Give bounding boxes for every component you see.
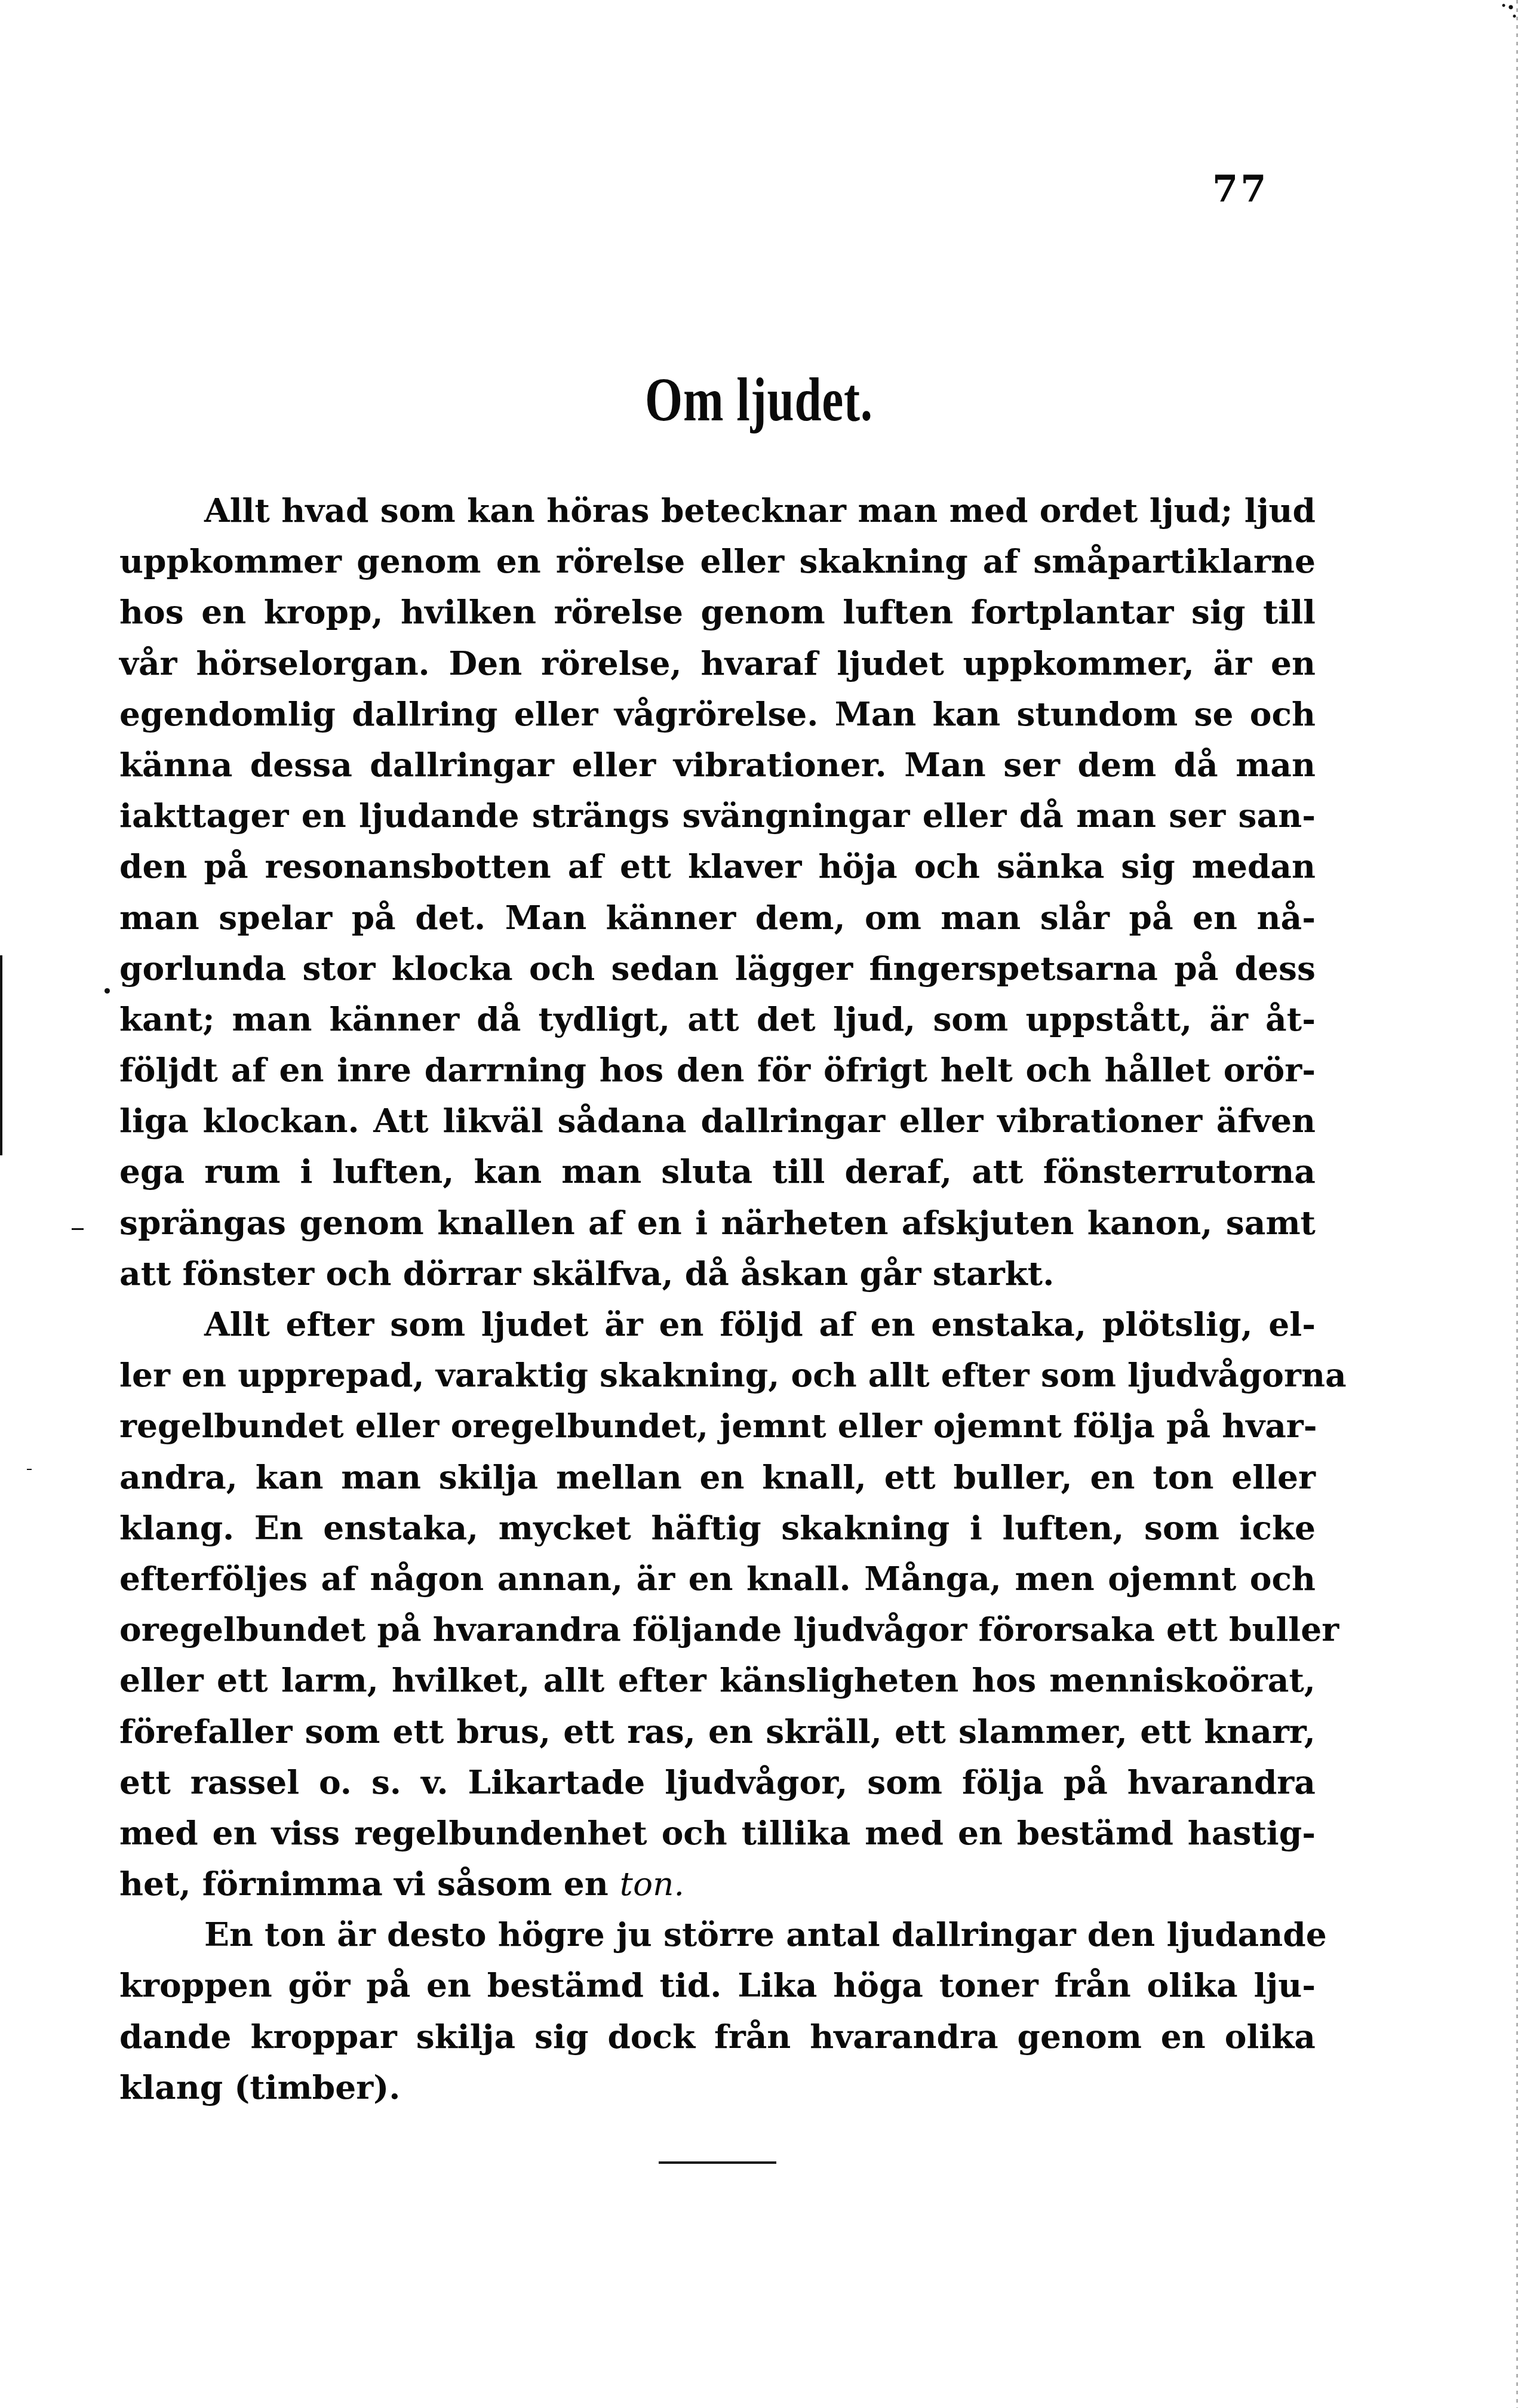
text-line: egendomlig dallring eller vågrörelse. Ma… [119, 688, 1316, 739]
text-line: klang (timber). [119, 2062, 1316, 2112]
text-line-lead: het, förnimma vi såsom en [119, 1864, 609, 1903]
body-text: Allt hvad som kan höras betecknar man me… [119, 485, 1316, 2112]
text-line: oregelbundet på hvarandra följande ljudv… [119, 1604, 1316, 1654]
paragraph-1: Allt hvad som kan höras betecknar man me… [119, 485, 1316, 1299]
paragraph-2: Allt efter som ljudet är en följd af en … [119, 1299, 1316, 1909]
text-line-with-italic-tail: het, förnimma vi såsom en ton. [119, 1858, 1316, 1909]
margin-dash [72, 1228, 84, 1230]
text-line: vår hörselorgan. Den rörelse, hvaraf lju… [119, 638, 1316, 688]
text-line: dande kroppar skilja sig dock från hvara… [119, 2011, 1316, 2062]
text-line: klang. En enstaka, mycket häftig skaknin… [119, 1502, 1316, 1553]
paragraph-3: En ton är desto högre ju större antal da… [119, 1909, 1316, 2112]
scan-edge-left [0, 955, 2, 1155]
text-line: sprängas genom knallen af en i närheten … [119, 1197, 1316, 1248]
text-line: eller ett larm, hvilket, allt efter käns… [119, 1654, 1316, 1705]
text-line: iakttager en ljudande strängs svängninga… [119, 790, 1316, 841]
text-line: ler en upprepad, varaktig skakning, och … [119, 1349, 1316, 1400]
text-line: med en viss regelbundenhet och tillika m… [119, 1807, 1316, 1858]
italic-term: ton. [620, 1865, 684, 1903]
text-line: Allt hvad som kan höras betecknar man me… [119, 485, 1316, 536]
text-line: gorlunda stor klocka och sedan lägger fi… [119, 943, 1316, 994]
margin-speck [105, 988, 110, 994]
page-number: 77 [1212, 167, 1268, 211]
text-line: uppkommer genom en rörelse eller skaknin… [119, 536, 1316, 586]
text-line: att fönster och dörrar skälfva, då åskan… [119, 1248, 1316, 1299]
scan-corner-specks [1494, 0, 1518, 36]
text-line: kant; man känner då tydligt, att det lju… [119, 994, 1316, 1044]
section-end-rule [659, 2161, 776, 2164]
text-line: En ton är desto högre ju större antal da… [119, 1909, 1316, 1960]
text-line: förefaller som ett brus, ett ras, en skr… [119, 1706, 1316, 1757]
text-line: liga klockan. Att likväl sådana dallring… [119, 1095, 1316, 1146]
text-line: man spelar på det. Man känner dem, om ma… [119, 892, 1316, 943]
text-line: andra, kan man skilja mellan en knall, e… [119, 1451, 1316, 1502]
text-line: regelbundet eller oregelbundet, jemnt el… [119, 1400, 1316, 1451]
text-line: ett rassel o. s. v. Likartade ljudvågor,… [119, 1757, 1316, 1807]
text-line: följdt af en inre darrning hos den för ö… [119, 1044, 1316, 1095]
text-line: ega rum i luften, kan man sluta till der… [119, 1146, 1316, 1197]
text-line: känna dessa dallringar eller vibrationer… [119, 739, 1316, 790]
margin-dash [27, 1469, 32, 1470]
text-line: efterföljes af någon annan, är en knall.… [119, 1553, 1316, 1604]
text-line: Allt efter som ljudet är en följd af en … [119, 1299, 1316, 1349]
text-line: den på resonansbotten af ett klaver höja… [119, 841, 1316, 891]
text-line: kroppen gör på en bestämd tid. Lika höga… [119, 1960, 1316, 2010]
chapter-title: Om ljudet. [167, 369, 1351, 431]
text-line: hos en kropp, hvilken rörelse genom luft… [119, 586, 1316, 637]
